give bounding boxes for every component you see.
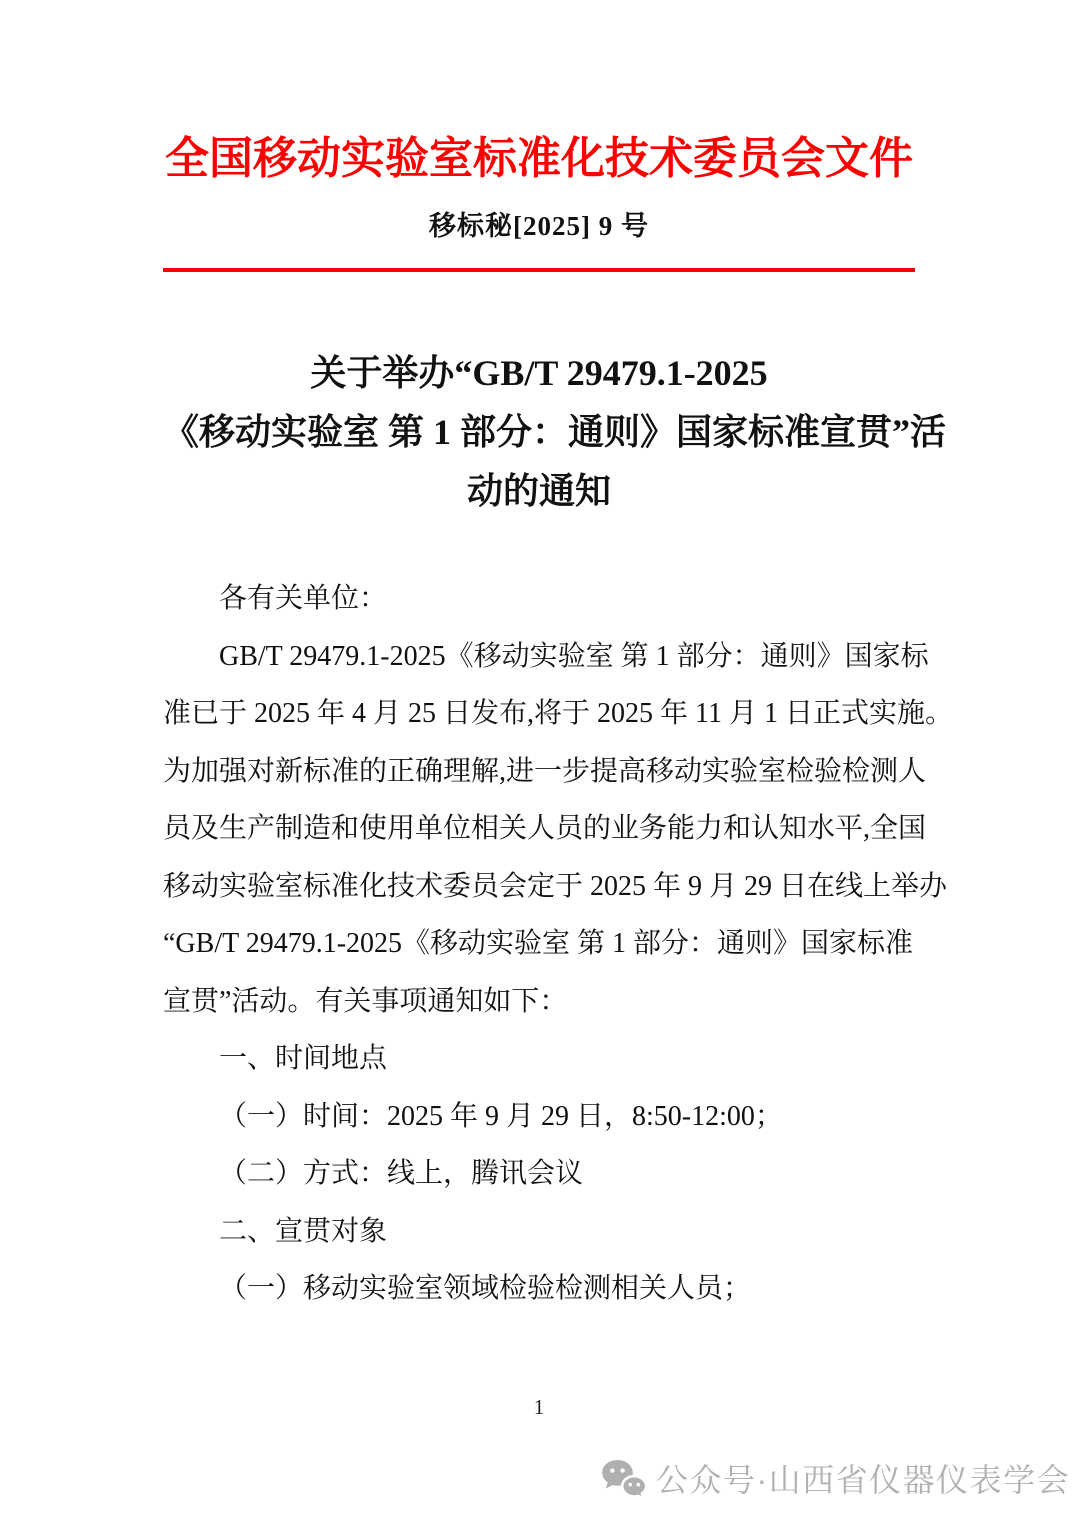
page-number: 1	[163, 1392, 915, 1422]
body-line: 为加强对新标准的正确理解,进一步提高移动实验室检验检测人	[163, 743, 915, 801]
body-line: 移动实验室标准化技术委员会定于 2025 年 9 月 29 日在线上举办	[163, 858, 915, 916]
document-title-line1: 关于举办“GB/T 29479.1-2025	[163, 344, 915, 403]
body-line: 各有关单位：	[163, 570, 915, 628]
watermark-text: 公众号·山西省仪器仪表学会	[656, 1458, 1070, 1502]
document-body: 各有关单位：GB/T 29479.1-2025《移动实验室 第 1 部分：通则》…	[163, 570, 915, 1318]
body-line: 二、宣贯对象	[163, 1203, 915, 1261]
letterhead-org-title: 全国移动实验室标准化技术委员会文件	[163, 130, 915, 188]
document-number: 移标秘[2025] 9 号	[163, 208, 915, 244]
body-line: （一）时间：2025 年 9 月 29 日，8:50-12:00；	[163, 1088, 915, 1146]
document-title: 关于举办“GB/T 29479.1-2025 《移动实验室 第 1 部分：通则》…	[163, 344, 915, 521]
body-line: 一、时间地点	[163, 1030, 915, 1088]
document-title-line2: 《移动实验室 第 1 部分：通则》国家标准宣贯”活	[163, 403, 915, 462]
body-line: （一）移动实验室领域检验检测相关人员；	[163, 1260, 915, 1318]
body-line: （二）方式：线上，腾讯会议	[163, 1145, 915, 1203]
body-line: 员及生产制造和使用单位相关人员的业务能力和认知水平,全国	[163, 800, 915, 858]
document-page: 全国移动实验室标准化技术委员会文件 移标秘[2025] 9 号 关于举办“GB/…	[0, 0, 1080, 1527]
body-line: “GB/T 29479.1-2025《移动实验室 第 1 部分：通则》国家标准	[163, 915, 915, 973]
body-line: 宣贯”活动。有关事项通知如下：	[163, 973, 915, 1031]
letterhead-divider-rule	[163, 268, 915, 272]
body-line: 准已于 2025 年 4 月 25 日发布,将于 2025 年 11 月 1 日…	[163, 685, 915, 743]
body-line: GB/T 29479.1-2025《移动实验室 第 1 部分：通则》国家标	[163, 628, 915, 686]
wechat-account-watermark: 公众号·山西省仪器仪表学会	[601, 1458, 1070, 1502]
wechat-icon	[601, 1459, 647, 1501]
document-title-line3: 动的通知	[163, 462, 915, 521]
